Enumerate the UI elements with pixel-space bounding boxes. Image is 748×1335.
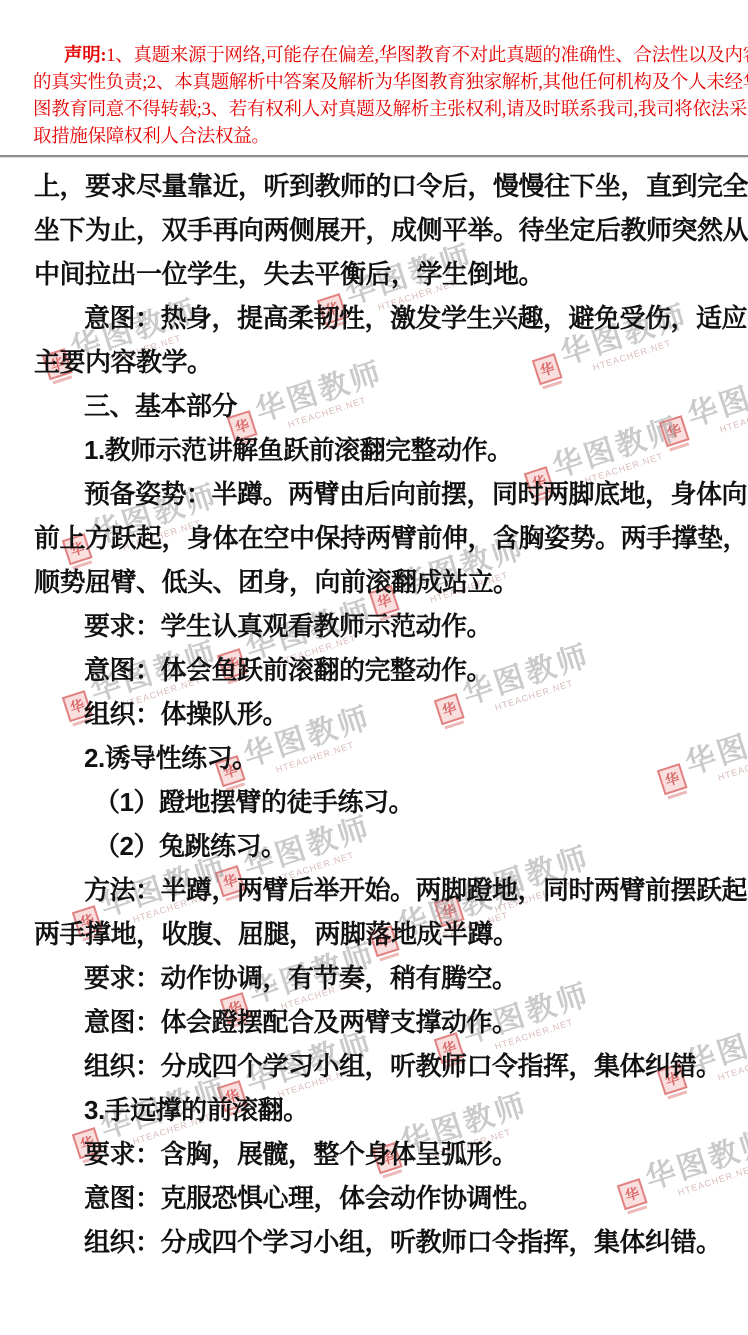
page: 华华图教师HTEACHER.NET华华图教师HTEACHER.NET华华图教师H… (0, 0, 748, 1335)
document-body: 上，要求尽量靠近，听到教师的口令后，慢慢往下坐，直到完全坐下为止，双手再向两侧展… (0, 164, 748, 1264)
disclaimer-line: 图教育同意不得转载;3、若有权利人对真题及解析主张权利,请及时联系我司,我司将依… (33, 97, 716, 124)
body-line: 中间拉出一位学生，失去平衡后，学生倒地。 (34, 252, 748, 296)
body-line: 前上方跃起，身体在空中保持两臂前伸，含胸姿势。两手撑垫， (34, 516, 748, 560)
body-line: （2）兔跳练习。 (34, 824, 748, 868)
body-line: 意图：克服恐惧心理，体会动作协调性。 (34, 1176, 748, 1220)
body-line: 3.手远撑的前滚翻。 (34, 1088, 748, 1132)
section-divider (0, 155, 748, 158)
body-line: 意图：体会鱼跃前滚翻的完整动作。 (34, 648, 748, 692)
disclaimer: 声明:1、真题来源于网络,可能存在偏差,华图教育不对此真题的准确性、合法性以及内… (0, 0, 748, 151)
body-line: 2.诱导性练习。 (34, 736, 748, 780)
body-line: 要求：含胸，展髋，整个身体呈弧形。 (34, 1132, 748, 1176)
body-line: 预备姿势：半蹲。两臂由后向前摆，同时两脚底地，身体向 (34, 472, 748, 516)
disclaimer-line: 声明:1、真题来源于网络,可能存在偏差,华图教育不对此真题的准确性、合法性以及内… (33, 43, 716, 70)
body-line: 主要内容教学。 (34, 340, 748, 384)
disclaimer-line: 取措施保障权利人合法权益。 (33, 124, 716, 151)
body-line: 要求：动作协调，有节奏，稍有腾空。 (34, 956, 748, 1000)
body-line: （1）蹬地摆臂的徒手练习。 (34, 780, 748, 824)
body-line: 1.教师示范讲解鱼跃前滚翻完整动作。 (34, 428, 748, 472)
disclaimer-line: 的真实性负责;2、本真题解析中答案及解析为华图教育独家解析,其他任何机构及个人未… (33, 70, 716, 97)
body-line: 意图：热身，提高柔韧性，激发学生兴趣，避免受伤，适应 (34, 296, 748, 340)
body-line: 两手撑地，收腹、屈腿，两脚落地成半蹲。 (34, 912, 748, 956)
body-line: 三、基本部分 (34, 384, 748, 428)
body-line: 上，要求尽量靠近，听到教师的口令后，慢慢往下坐，直到完全 (34, 164, 748, 208)
body-line: 要求：学生认真观看教师示范动作。 (34, 604, 748, 648)
body-line: 意图：体会蹬摆配合及两臂支撑动作。 (34, 1000, 748, 1044)
body-line: 方法：半蹲，两臂后举开始。两脚蹬地，同时两臂前摆跃起， (34, 868, 748, 912)
disclaimer-bold: 声明: (64, 46, 106, 66)
body-line: 组织：分成四个学习小组，听教师口令指挥，集体纠错。 (34, 1220, 748, 1264)
body-line: 顺势屈臂、低头、团身，向前滚翻成站立。 (34, 560, 748, 604)
body-line: 坐下为止，双手再向两侧展开，成侧平举。待坐定后教师突然从 (34, 208, 748, 252)
body-line: 组织：分成四个学习小组，听教师口令指挥，集体纠错。 (34, 1044, 748, 1088)
body-line: 组织：体操队形。 (34, 692, 748, 736)
